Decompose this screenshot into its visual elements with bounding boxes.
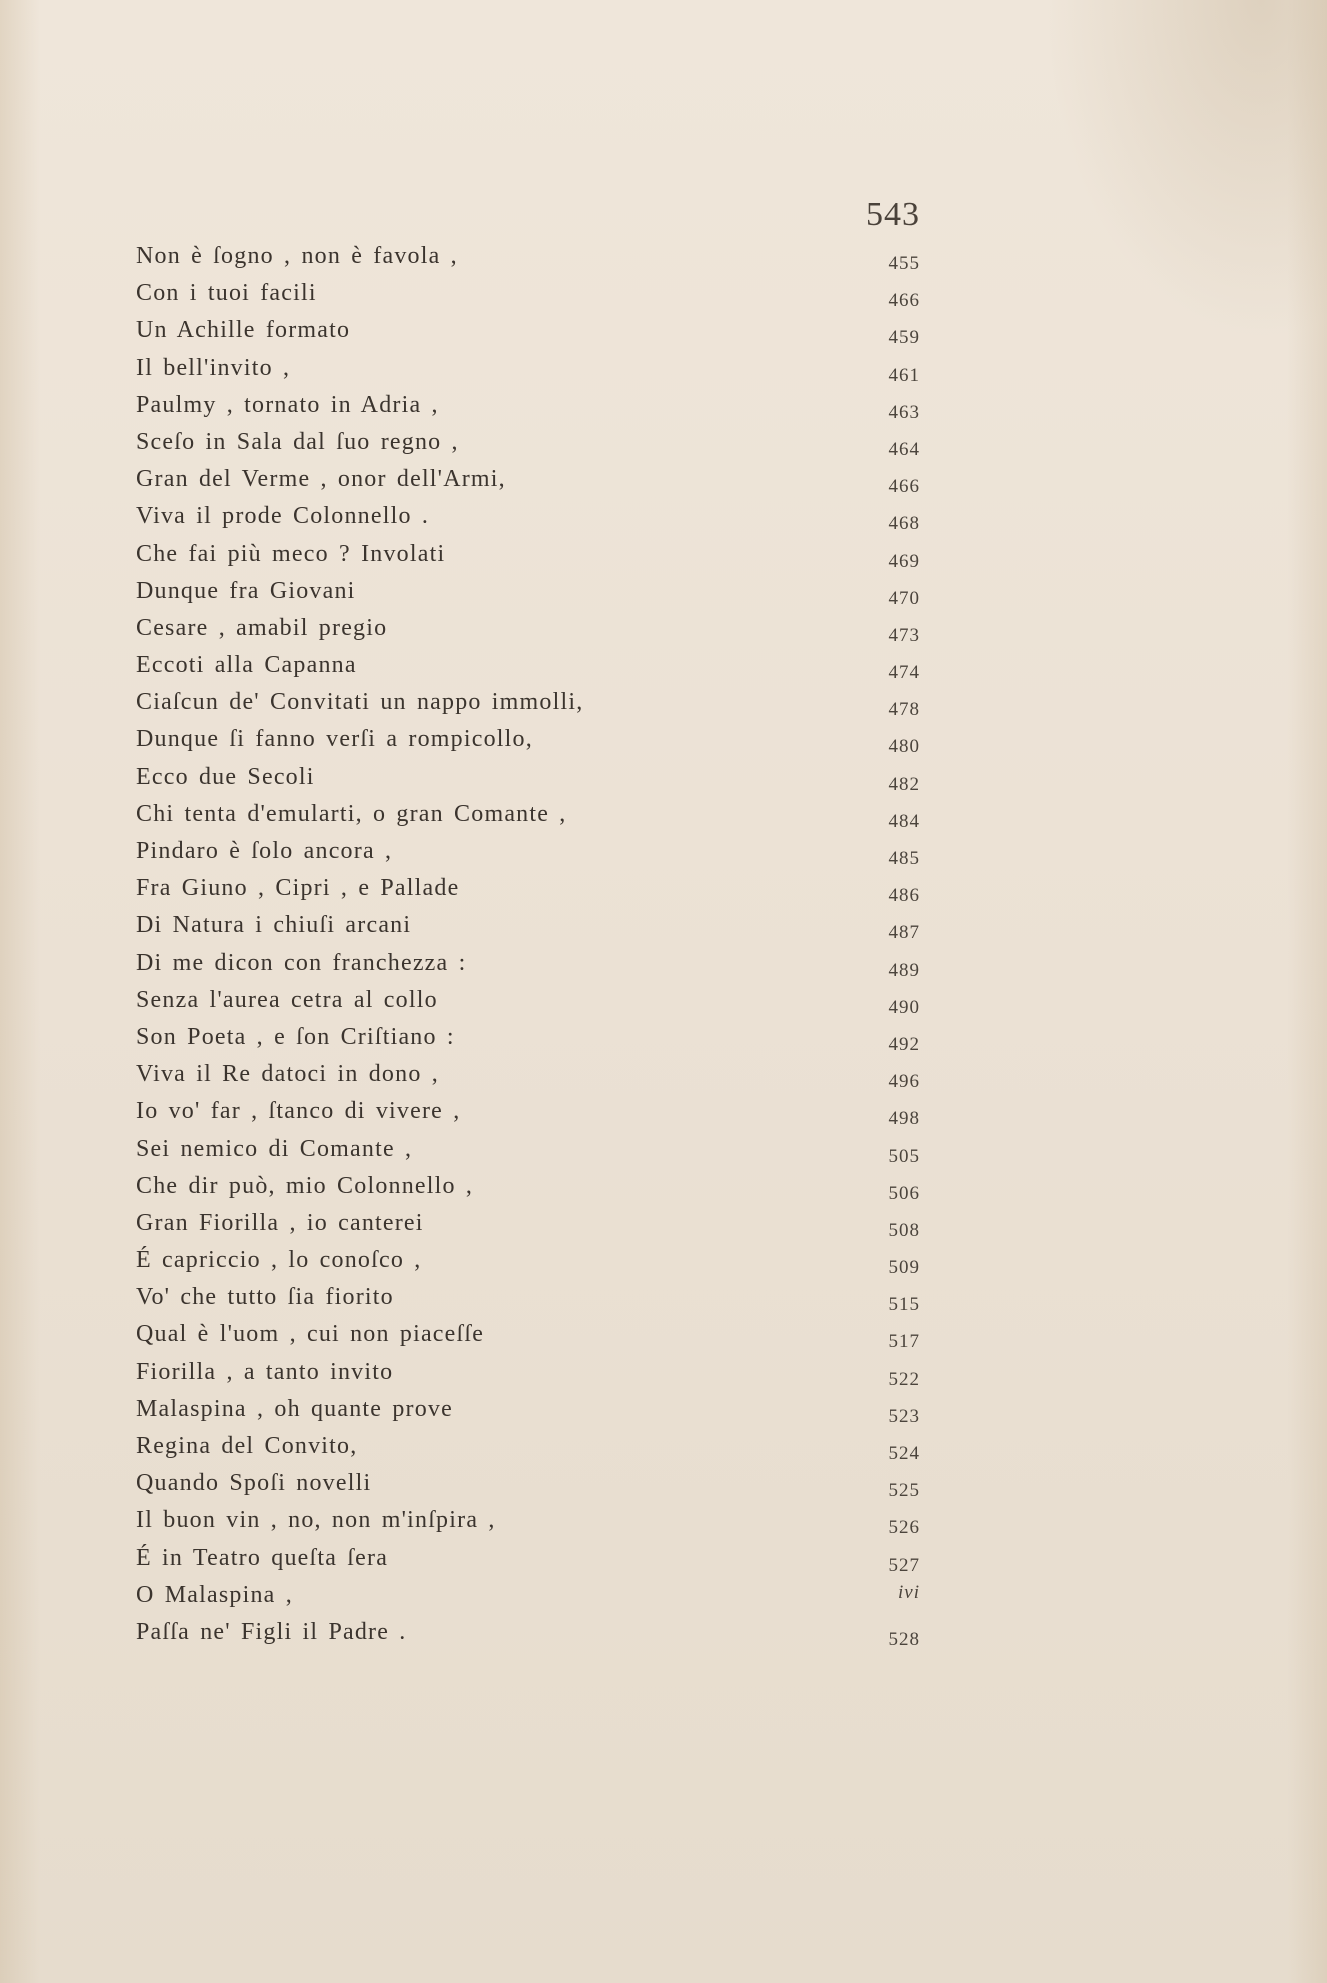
toc-entry-title: É in Teatro queſta ſera — [136, 1540, 388, 1577]
toc-entry-title: Senza l'aurea cetra al collo — [136, 982, 438, 1019]
toc-entry-page: 487 — [870, 914, 920, 951]
toc-entry-title: Io vo' far , ſtanco di vivere , — [136, 1093, 460, 1130]
toc-entry-title: Il buon vin , no, non m'inſpira , — [136, 1502, 496, 1539]
toc-entry-page: 470 — [870, 580, 920, 617]
toc-entry-title: Qual è l'uom , cui non piaceſſe — [136, 1316, 484, 1353]
toc-entry-page: 482 — [870, 766, 920, 803]
toc-entry-title: Un Achille formato — [136, 312, 350, 349]
toc-entry: Son Poeta , e ſon Criſtiano :492 — [136, 1019, 920, 1056]
toc-entry-title: Gran Fiorilla , io canterei — [136, 1205, 424, 1242]
toc-entry: Paſſa ne' Figli il Padre .528 — [136, 1614, 920, 1651]
toc-entry: Dunque ſi fanno verſi a rompicollo,480 — [136, 721, 920, 758]
toc-entry-page: 515 — [870, 1286, 920, 1323]
toc-entry-title: Paulmy , tornato in Adria , — [136, 387, 439, 424]
toc-entry-title: Cesare , amabil pregio — [136, 610, 387, 647]
book-page: 543 Non è ſogno , non è favola ,455 Con … — [0, 0, 1327, 1983]
toc-entry-title: Dunque fra Giovani — [136, 573, 356, 610]
toc-entry: Ciaſcun de' Convitati un nappo immolli,4… — [136, 684, 920, 721]
toc-entry: É in Teatro queſta ſera527 — [136, 1540, 920, 1577]
toc-entry-page: 517 — [870, 1323, 920, 1360]
toc-entry: Paulmy , tornato in Adria ,463 — [136, 387, 920, 424]
toc-entry-title: Gran del Verme , onor dell'Armi, — [136, 461, 506, 498]
toc-entry: O Malaspina ,ivi — [136, 1577, 920, 1614]
toc-entry: É capriccio , lo conoſco ,509 — [136, 1242, 920, 1279]
toc-entry-title: Sceſo in Sala dal ſuo regno , — [136, 424, 459, 461]
toc-entry-title: Dunque ſi fanno verſi a rompicollo, — [136, 721, 533, 758]
toc-entry-page: 464 — [870, 431, 920, 468]
toc-entry-title: Il bell'invito , — [136, 350, 290, 387]
toc-entry: Il bell'invito ,461 — [136, 350, 920, 387]
toc-entry-title: Ciaſcun de' Convitati un nappo immolli, — [136, 684, 583, 721]
toc-entry: Viva il prode Colonnello .468 — [136, 498, 920, 535]
toc-entry-page: 506 — [870, 1175, 920, 1212]
toc-entry: Eccoti alla Capanna474 — [136, 647, 920, 684]
toc-entry: Cesare , amabil pregio473 — [136, 610, 920, 647]
toc-entry-page: 478 — [870, 691, 920, 728]
toc-entry: Quando Spoſi novelli525 — [136, 1465, 920, 1502]
toc-entry-page: 461 — [870, 357, 920, 394]
toc-entry-title: Vo' che tutto ſia fiorito — [136, 1279, 394, 1316]
toc-entry: Che fai più meco ? Involati469 — [136, 536, 920, 573]
toc-entry-page: 466 — [870, 282, 920, 319]
toc-entry-page: 523 — [870, 1398, 920, 1435]
table-of-contents: Non è ſogno , non è favola ,455 Con i tu… — [136, 238, 920, 1651]
toc-entry-title: Ecco due Secoli — [136, 759, 315, 796]
toc-entry-title: Paſſa ne' Figli il Padre . — [136, 1614, 407, 1651]
toc-entry: Malaspina , oh quante prove523 — [136, 1391, 920, 1428]
toc-entry-page: 485 — [870, 840, 920, 877]
toc-entry-title: Che fai più meco ? Involati — [136, 536, 445, 573]
toc-entry-page: 469 — [870, 543, 920, 580]
toc-entry-title: Chi tenta d'emularti, o gran Comante , — [136, 796, 567, 833]
toc-entry: Non è ſogno , non è favola ,455 — [136, 238, 920, 275]
toc-entry: Io vo' far , ſtanco di vivere ,498 — [136, 1093, 920, 1130]
toc-entry: Che dir può, mio Colonnello ,506 — [136, 1168, 920, 1205]
toc-entry: Ecco due Secoli482 — [136, 759, 920, 796]
toc-entry-title: Di Natura i chiuſi arcani — [136, 907, 411, 944]
toc-entry-title: Eccoti alla Capanna — [136, 647, 357, 684]
toc-entry: Di me dicon con franchezza :489 — [136, 945, 920, 982]
toc-entry: Sei nemico di Comante ,505 — [136, 1131, 920, 1168]
toc-entry-title: Viva il prode Colonnello . — [136, 498, 429, 535]
toc-entry-page: 505 — [870, 1138, 920, 1175]
toc-entry-page: 498 — [870, 1100, 920, 1137]
toc-entry-title: Malaspina , oh quante prove — [136, 1391, 453, 1428]
toc-entry-page: ivi — [870, 1574, 920, 1611]
toc-entry-title: Fiorilla , a tanto invito — [136, 1354, 393, 1391]
toc-entry-title: O Malaspina , — [136, 1577, 293, 1614]
toc-entry-page: 455 — [870, 245, 920, 282]
toc-entry: Con i tuoi facili466 — [136, 275, 920, 312]
toc-entry: Vo' che tutto ſia fiorito515 — [136, 1279, 920, 1316]
toc-entry-page: 526 — [870, 1509, 920, 1546]
toc-entry: Un Achille formato459 — [136, 312, 920, 349]
toc-entry-page: 489 — [870, 952, 920, 989]
toc-entry: Senza l'aurea cetra al collo490 — [136, 982, 920, 1019]
toc-entry-page: 468 — [870, 505, 920, 542]
toc-entry-title: Che dir può, mio Colonnello , — [136, 1168, 473, 1205]
toc-entry-page: 490 — [870, 989, 920, 1026]
toc-entry-title: Son Poeta , e ſon Criſtiano : — [136, 1019, 455, 1056]
toc-entry: Gran del Verme , onor dell'Armi,466 — [136, 461, 920, 498]
toc-entry-title: Fra Giuno , Cipri , e Pallade — [136, 870, 459, 907]
toc-entry-page: 486 — [870, 877, 920, 914]
toc-entry-page: 509 — [870, 1249, 920, 1286]
toc-entry-title: Pindaro è ſolo ancora , — [136, 833, 392, 870]
toc-entry: Pindaro è ſolo ancora ,485 — [136, 833, 920, 870]
toc-entry-title: Viva il Re datoci in dono , — [136, 1056, 439, 1093]
toc-entry: Regina del Convito,524 — [136, 1428, 920, 1465]
toc-entry-title: Non è ſogno , non è favola , — [136, 238, 458, 275]
toc-entry-page: 496 — [870, 1063, 920, 1100]
toc-entry-page: 466 — [870, 468, 920, 505]
toc-entry-page: 474 — [870, 654, 920, 691]
toc-entry-page: 508 — [870, 1212, 920, 1249]
toc-entry-page: 522 — [870, 1361, 920, 1398]
toc-entry-page: 473 — [870, 617, 920, 654]
toc-entry-page: 484 — [870, 803, 920, 840]
toc-entry-title: Con i tuoi facili — [136, 275, 317, 312]
toc-entry-title: Sei nemico di Comante , — [136, 1131, 412, 1168]
toc-entry-page: 492 — [870, 1026, 920, 1063]
toc-entry: Il buon vin , no, non m'inſpira ,526 — [136, 1502, 920, 1539]
toc-entry-title: Quando Spoſi novelli — [136, 1465, 371, 1502]
toc-entry-page: 459 — [870, 319, 920, 356]
toc-entry: Qual è l'uom , cui non piaceſſe517 — [136, 1316, 920, 1353]
toc-entry-page: 528 — [870, 1621, 920, 1658]
page-number: 543 — [862, 196, 920, 234]
toc-entry: Viva il Re datoci in dono ,496 — [136, 1056, 920, 1093]
toc-entry: Fra Giuno , Cipri , e Pallade486 — [136, 870, 920, 907]
toc-entry-page: 480 — [870, 728, 920, 765]
toc-entry-page: 524 — [870, 1435, 920, 1472]
toc-entry: Dunque fra Giovani470 — [136, 573, 920, 610]
toc-entry: Sceſo in Sala dal ſuo regno ,464 — [136, 424, 920, 461]
toc-entry-title: Di me dicon con franchezza : — [136, 945, 466, 982]
toc-entry: Di Natura i chiuſi arcani487 — [136, 907, 920, 944]
toc-entry: Fiorilla , a tanto invito522 — [136, 1354, 920, 1391]
toc-entry-page: 463 — [870, 394, 920, 431]
toc-entry-title: É capriccio , lo conoſco , — [136, 1242, 421, 1279]
toc-entry-title: Regina del Convito, — [136, 1428, 357, 1465]
toc-entry-page: 525 — [870, 1472, 920, 1509]
toc-entry: Chi tenta d'emularti, o gran Comante ,48… — [136, 796, 920, 833]
toc-entry: Gran Fiorilla , io canterei508 — [136, 1205, 920, 1242]
